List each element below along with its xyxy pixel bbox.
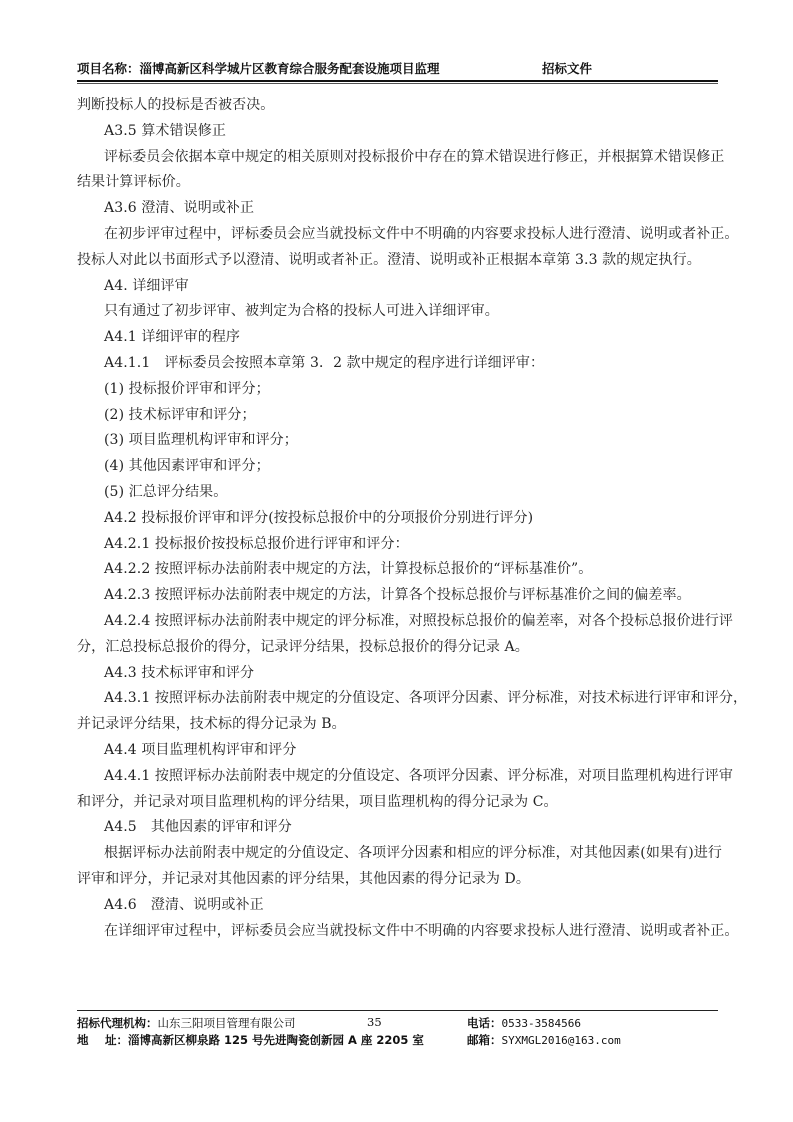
text-line: A4.4 项目监理机构评审和评分 [77,738,722,764]
text-line: (2) 技术标评审和评分； [77,403,722,429]
phone-label: 电话： [467,1016,502,1030]
email-address: SYXMGL2016@163.com [502,1034,621,1047]
text-line: A4.2.1 投标报价按投标总报价进行评审和评分： [77,532,722,558]
document-type-label: 招标文件 [542,59,592,77]
project-title: 项目名称：淄博高新区科学城片区教育综合服务配套设施项目监理 [77,59,440,77]
agency-name: 山东三阳项目管理有限公司 [158,1016,296,1030]
email-label: 邮箱： [467,1033,502,1047]
text-line: 并记录评分结果，技术标的得分记录为 B。 [77,712,722,738]
footer-divider [77,1010,718,1011]
text-line: 在详细评审过程中，评标委员会应当就投标文件中不明确的内容要求投标人进行澄清、说明… [77,919,722,945]
address-label-part2: 址： [105,1033,128,1047]
address-label-part1: 地 [77,1032,105,1048]
agency-info: 招标代理机构：山东三阳项目管理有限公司 [77,1015,296,1031]
text-line: 和评分，并记录对项目监理机构的评分结果，项目监理机构的得分记录为 C。 [77,790,722,816]
page-header: 项目名称：淄博高新区科学城片区教育综合服务配套设施项目监理 招标文件 [77,57,718,87]
text-line: A4.5 其他因素的评审和评分 [77,815,722,841]
text-line: (4) 其他因素评审和评分； [77,454,722,480]
footer-row-agency: 招标代理机构：山东三阳项目管理有限公司 35 电话：0533-3584566 [77,1015,718,1032]
text-line: A4.2.4 按照评标办法前附表中规定的评分标准，对照投标总报价的偏差率，对各个… [77,609,722,635]
document-body: 判断投标人的投标是否被否决。A3.5 算术错误修正评标委员会依据本章中规定的相关… [77,93,722,944]
text-line: 判断投标人的投标是否被否决。 [77,93,722,119]
text-line: A4.6 澄清、说明或补正 [77,893,722,919]
phone-number: 0533-3584566 [502,1017,581,1030]
header-divider-thick [77,80,718,82]
text-line: A4.3 技术标评审和评分 [77,661,722,687]
text-line: (5) 汇总评分结果。 [77,480,722,506]
text-line: A4.2.2 按照评标办法前附表中规定的方法，计算投标总报价的“评标基准价”。 [77,557,722,583]
text-line: 在初步评审过程中，评标委员会应当就投标文件中不明确的内容要求投标人进行澄清、说明… [77,222,722,248]
text-line: 结果计算评标价。 [77,170,722,196]
address-text: 淄博高新区柳泉路 125 号先进陶瓷创新园 A 座 2205 室 [128,1033,424,1047]
address-info: 地址：淄博高新区柳泉路 125 号先进陶瓷创新园 A 座 2205 室 [77,1032,424,1048]
text-line: 评审和评分，并记录对其他因素的评分结果，其他因素的得分记录为 D。 [77,867,722,893]
text-line: A4.2.3 按照评标办法前附表中规定的方法，计算各个投标总报价与评标基准价之间… [77,583,722,609]
header-divider-thin [77,83,718,84]
footer-row-address: 地址：淄博高新区柳泉路 125 号先进陶瓷创新园 A 座 2205 室 邮箱：S… [77,1032,718,1049]
text-line: A3.5 算术错误修正 [77,119,722,145]
page-footer: 招标代理机构：山东三阳项目管理有限公司 35 电话：0533-3584566 地… [77,1008,718,1053]
text-line: 只有通过了初步评审、被判定为合格的投标人可进入详细评审。 [77,299,722,325]
text-line: 评标委员会依据本章中规定的相关原则对投标报价中存在的算术错误进行修正，并根据算术… [77,145,722,171]
email-info: 邮箱：SYXMGL2016@163.com [467,1032,621,1048]
page-number: 35 [367,1015,382,1029]
text-line: A4.1 详细评审的程序 [77,325,722,351]
phone-info: 电话：0533-3584566 [467,1015,581,1031]
text-line: (3) 项目监理机构评审和评分； [77,428,722,454]
text-line: A3.6 澄清、说明或补正 [77,196,722,222]
text-line: A4.4.1 按照评标办法前附表中规定的分值设定、各项评分因素、评分标准，对项目… [77,764,722,790]
text-line: A4. 详细评审 [77,274,722,300]
text-line: 分，汇总投标总报价的得分，记录评分结果，投标总报价的得分记录 A。 [77,635,722,661]
text-line: (1) 投标报价评审和评分； [77,377,722,403]
text-line: A4.3.1 按照评标办法前附表中规定的分值设定、各项评分因素、评分标准，对技术… [77,686,722,712]
agency-label: 招标代理机构： [77,1016,158,1030]
text-line: A4.1.1 评标委员会按照本章第 3．2 款中规定的程序进行详细评审： [77,351,722,377]
text-line: 投标人对此以书面形式予以澄清、说明或者补正。澄清、说明或补正根据本章第 3.3 … [77,248,722,274]
text-line: A4.2 投标报价评审和评分(按投标总报价中的分项报价分别进行评分) [77,506,722,532]
text-line: 根据评标办法前附表中规定的分值设定、各项评分因素和相应的评分标准，对其他因素(如… [77,841,722,867]
